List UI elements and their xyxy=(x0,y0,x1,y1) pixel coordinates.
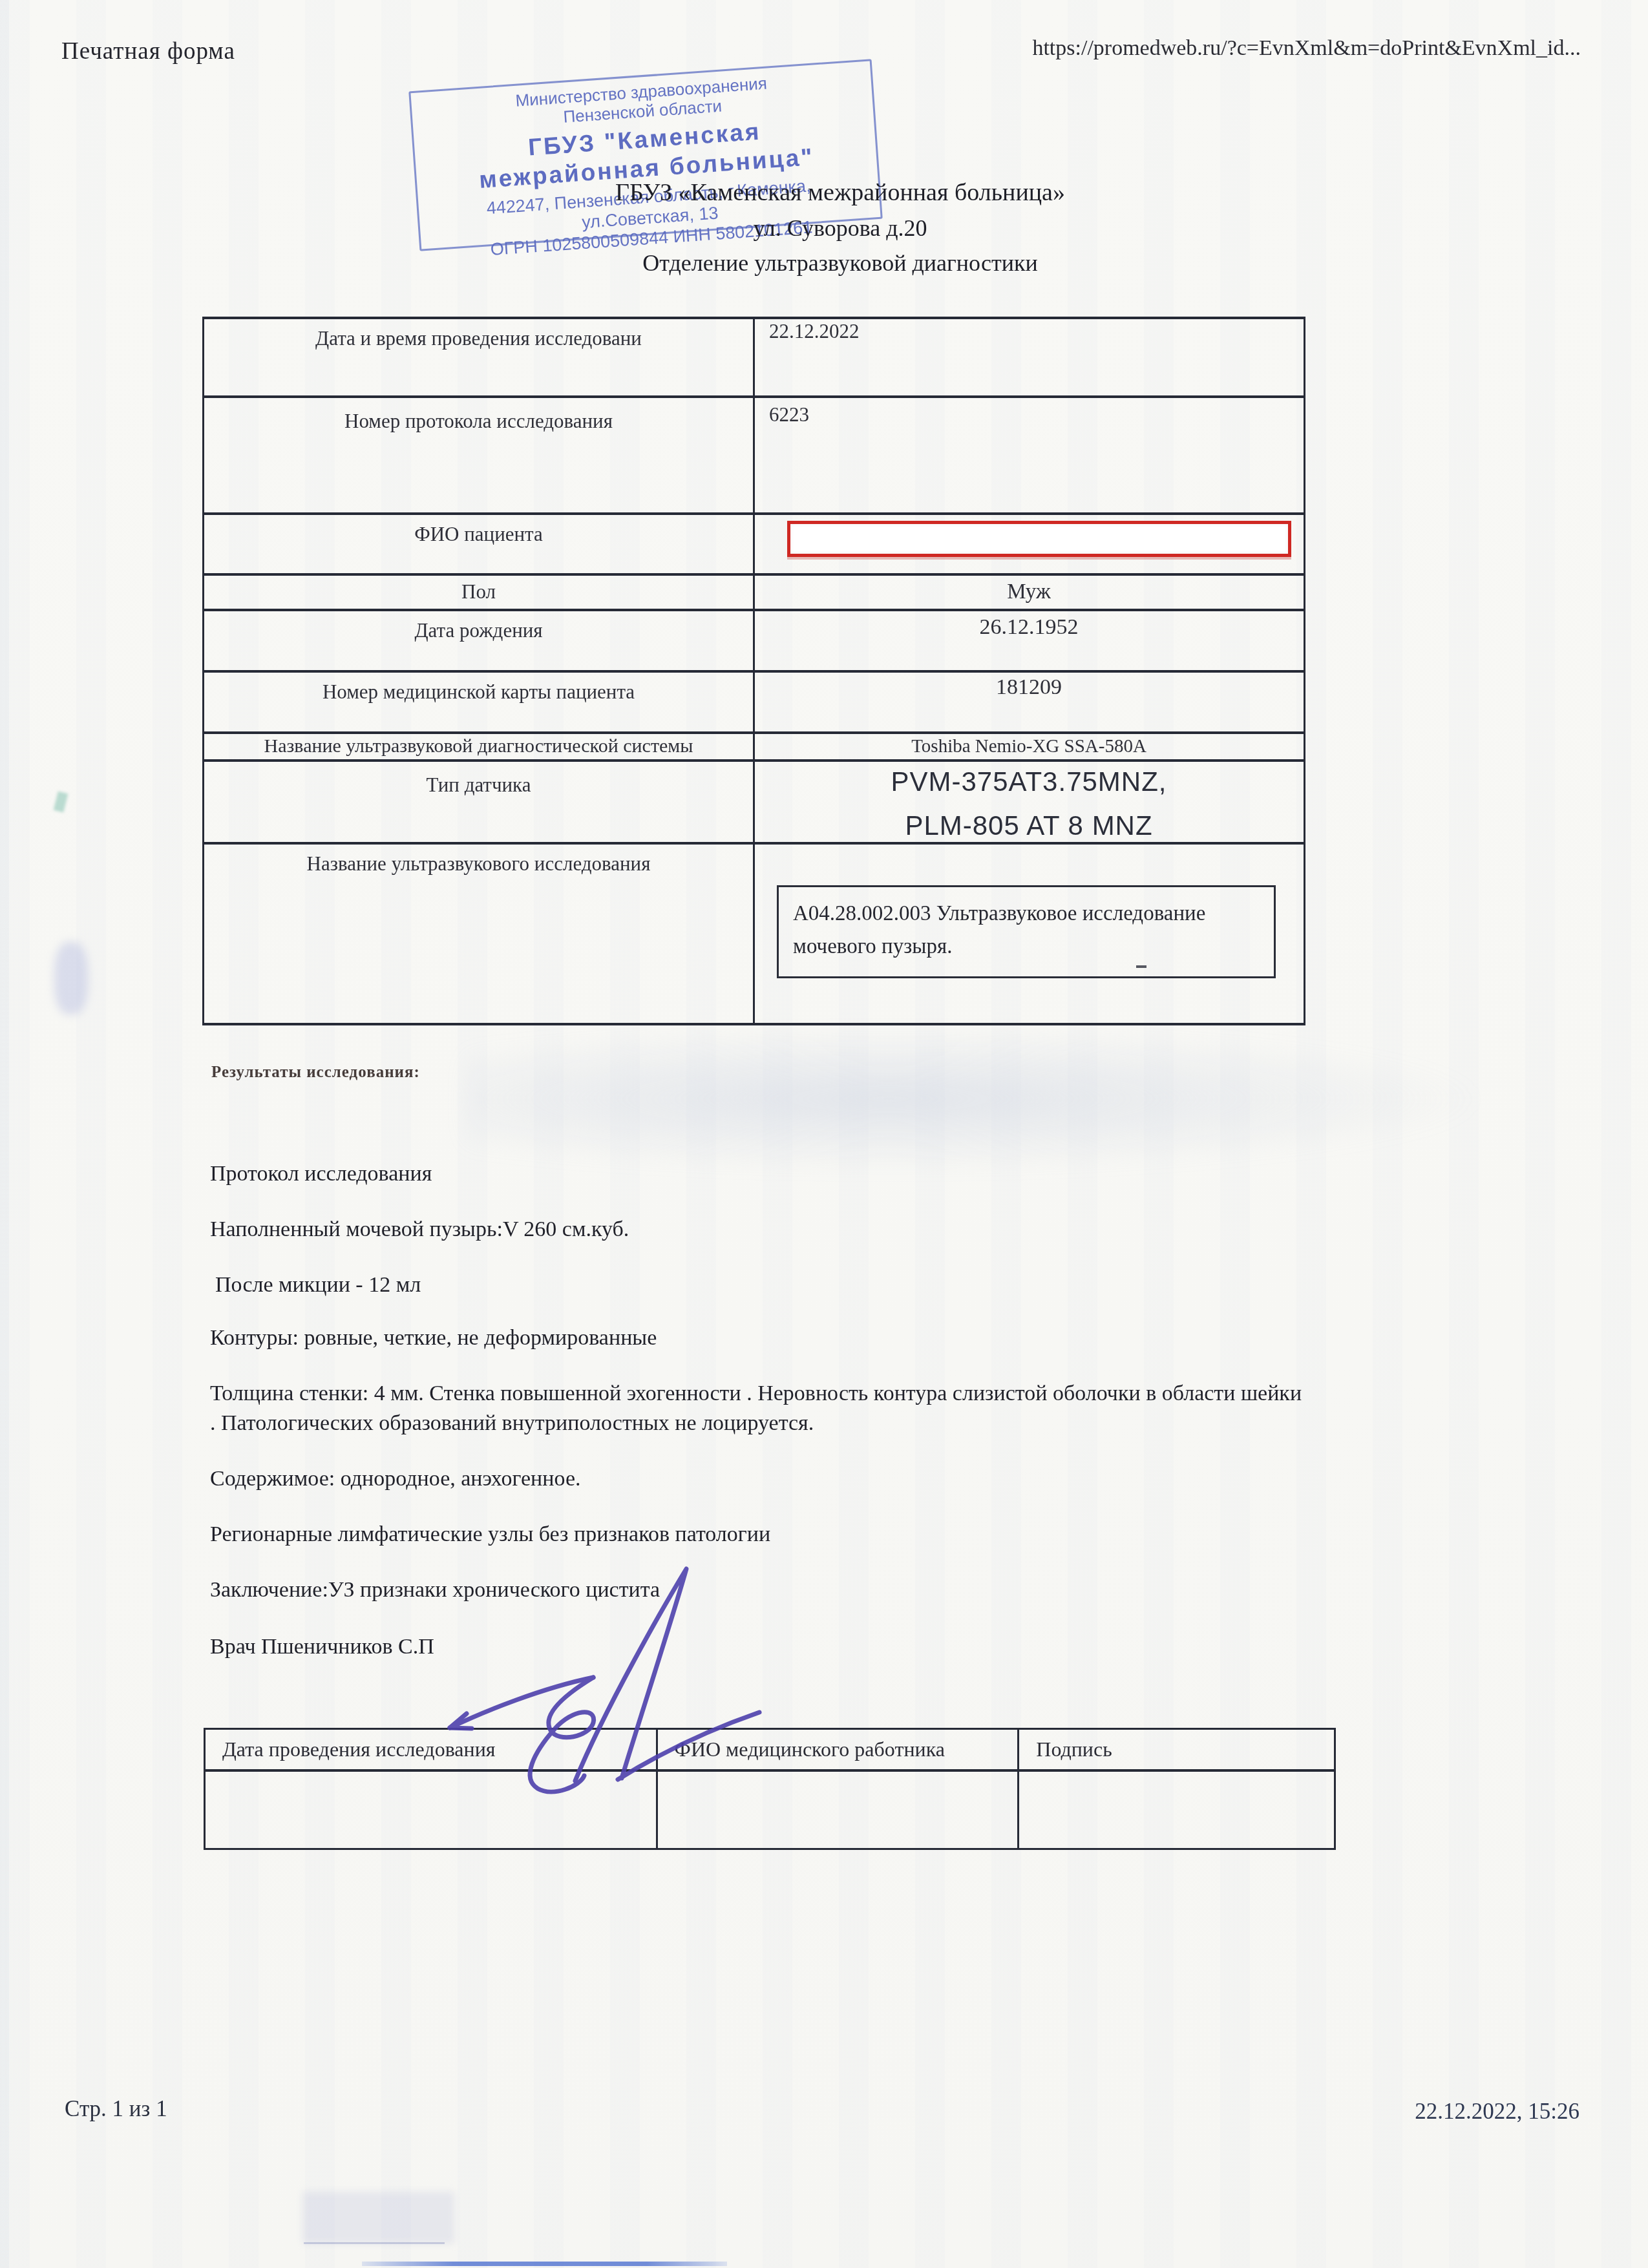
signature-stroke xyxy=(530,1677,594,1792)
result-line: Контуры: ровные, четкие, не деформирован… xyxy=(210,1326,657,1350)
table-row: Название ультразвуковой диагностической … xyxy=(204,733,1305,761)
org-address: ул. Суворова д.20 xyxy=(16,215,1648,242)
signature-stroke xyxy=(450,1677,593,1728)
patient-name-redaction-box xyxy=(787,521,1291,557)
scan-mark xyxy=(54,792,69,813)
table-row: Дата и время проведения исследовани 22.1… xyxy=(204,318,1305,397)
result-line: Содержимое: однородное, анэхогенное. xyxy=(210,1467,581,1491)
page-type-label: Печатная форма xyxy=(61,37,235,65)
page-number: Стр. 1 из 1 xyxy=(65,2096,167,2122)
row-label-sex: Пол xyxy=(204,574,754,610)
row-label-medcard-number: Номер медицинской карты пациента xyxy=(204,671,754,733)
doctor-signature xyxy=(388,1542,801,1800)
row-label-exam-datetime: Дата и время проведения исследовани xyxy=(204,318,754,397)
result-line: Наполненный мочевой пузырь:V 260 см.куб. xyxy=(210,1217,629,1242)
scan-smudge xyxy=(302,2192,454,2243)
probe-type-line-1: PVM-375AT3.75MNZ, xyxy=(755,766,1303,797)
table-row: Название ультразвукового исследования А0… xyxy=(204,843,1305,1024)
table-row: Номер медицинской карты пациента 181209 xyxy=(204,671,1305,733)
result-line: После микции - 12 мл xyxy=(215,1273,421,1297)
exam-name-box: А04.28.002.003 Ультразвуковое исследован… xyxy=(777,885,1276,978)
org-department: Отделение ультразвуковой диагностики xyxy=(16,249,1648,277)
row-label-birthdate: Дата рождения xyxy=(204,610,754,671)
row-label-patient-name: ФИО пациента xyxy=(204,514,754,574)
probe-type-line-2: PLM-805 AT 8 MNZ xyxy=(755,810,1303,841)
scan-smudge xyxy=(465,1034,1474,1170)
row-value-patient-name xyxy=(754,514,1305,574)
row-value-exam-datetime: 22.12.2022 xyxy=(754,318,1305,397)
row-value-medcard-number: 181209 xyxy=(754,671,1305,733)
table-row: Тип датчика PVM-375AT3.75MNZ, PLM-805 AT… xyxy=(204,761,1305,843)
table-row: ФИО пациента xyxy=(204,514,1305,574)
result-line: Протокол исследования xyxy=(210,1162,432,1186)
table-row: Пол Муж xyxy=(204,574,1305,610)
row-value-probe-type: PVM-375AT3.75MNZ, PLM-805 AT 8 MNZ xyxy=(754,761,1305,843)
col-signature: Подпись xyxy=(1019,1729,1335,1770)
table-row: Дата рождения 26.12.1952 xyxy=(204,610,1305,671)
row-label-protocol-number: Номер протокола исследования xyxy=(204,397,754,514)
result-line: . Патологических образований внутриполос… xyxy=(210,1411,814,1436)
result-line: Толщина стенки: 4 мм. Стенка повышенной … xyxy=(210,1381,1302,1406)
results-section-label: Результаты исследования: xyxy=(211,1064,420,1082)
table-row: Номер протокола исследования 6223 xyxy=(204,397,1305,514)
org-name: ГБУЗ «Каменская межрайонная больница» xyxy=(16,178,1648,207)
row-value-us-system: Toshiba Nemio-XG SSA-580A xyxy=(754,733,1305,761)
row-value-protocol-number: 6223 xyxy=(754,397,1305,514)
scan-blue-line xyxy=(362,2262,727,2266)
scan-smudge xyxy=(54,942,88,1014)
row-label-us-system: Название ультразвуковой диагностической … xyxy=(204,733,754,761)
row-value-sex: Муж xyxy=(754,574,1305,610)
exam-info-table: Дата и время проведения исследовани 22.1… xyxy=(202,317,1305,1025)
print-url: https://promedweb.ru/?c=EvnXml&m=doPrint… xyxy=(1032,36,1581,61)
row-label-exam-name: Название ультразвукового исследования xyxy=(204,843,754,1024)
row-value-birthdate: 26.12.1952 xyxy=(754,610,1305,671)
print-timestamp: 22.12.2022, 15:26 xyxy=(1415,2099,1579,2125)
row-label-probe-type: Тип датчика xyxy=(204,761,754,843)
cell-signature xyxy=(1019,1770,1335,1849)
scan-mark xyxy=(304,2242,445,2244)
row-value-exam-name: А04.28.002.003 Ультразвуковое исследован… xyxy=(754,843,1305,1024)
